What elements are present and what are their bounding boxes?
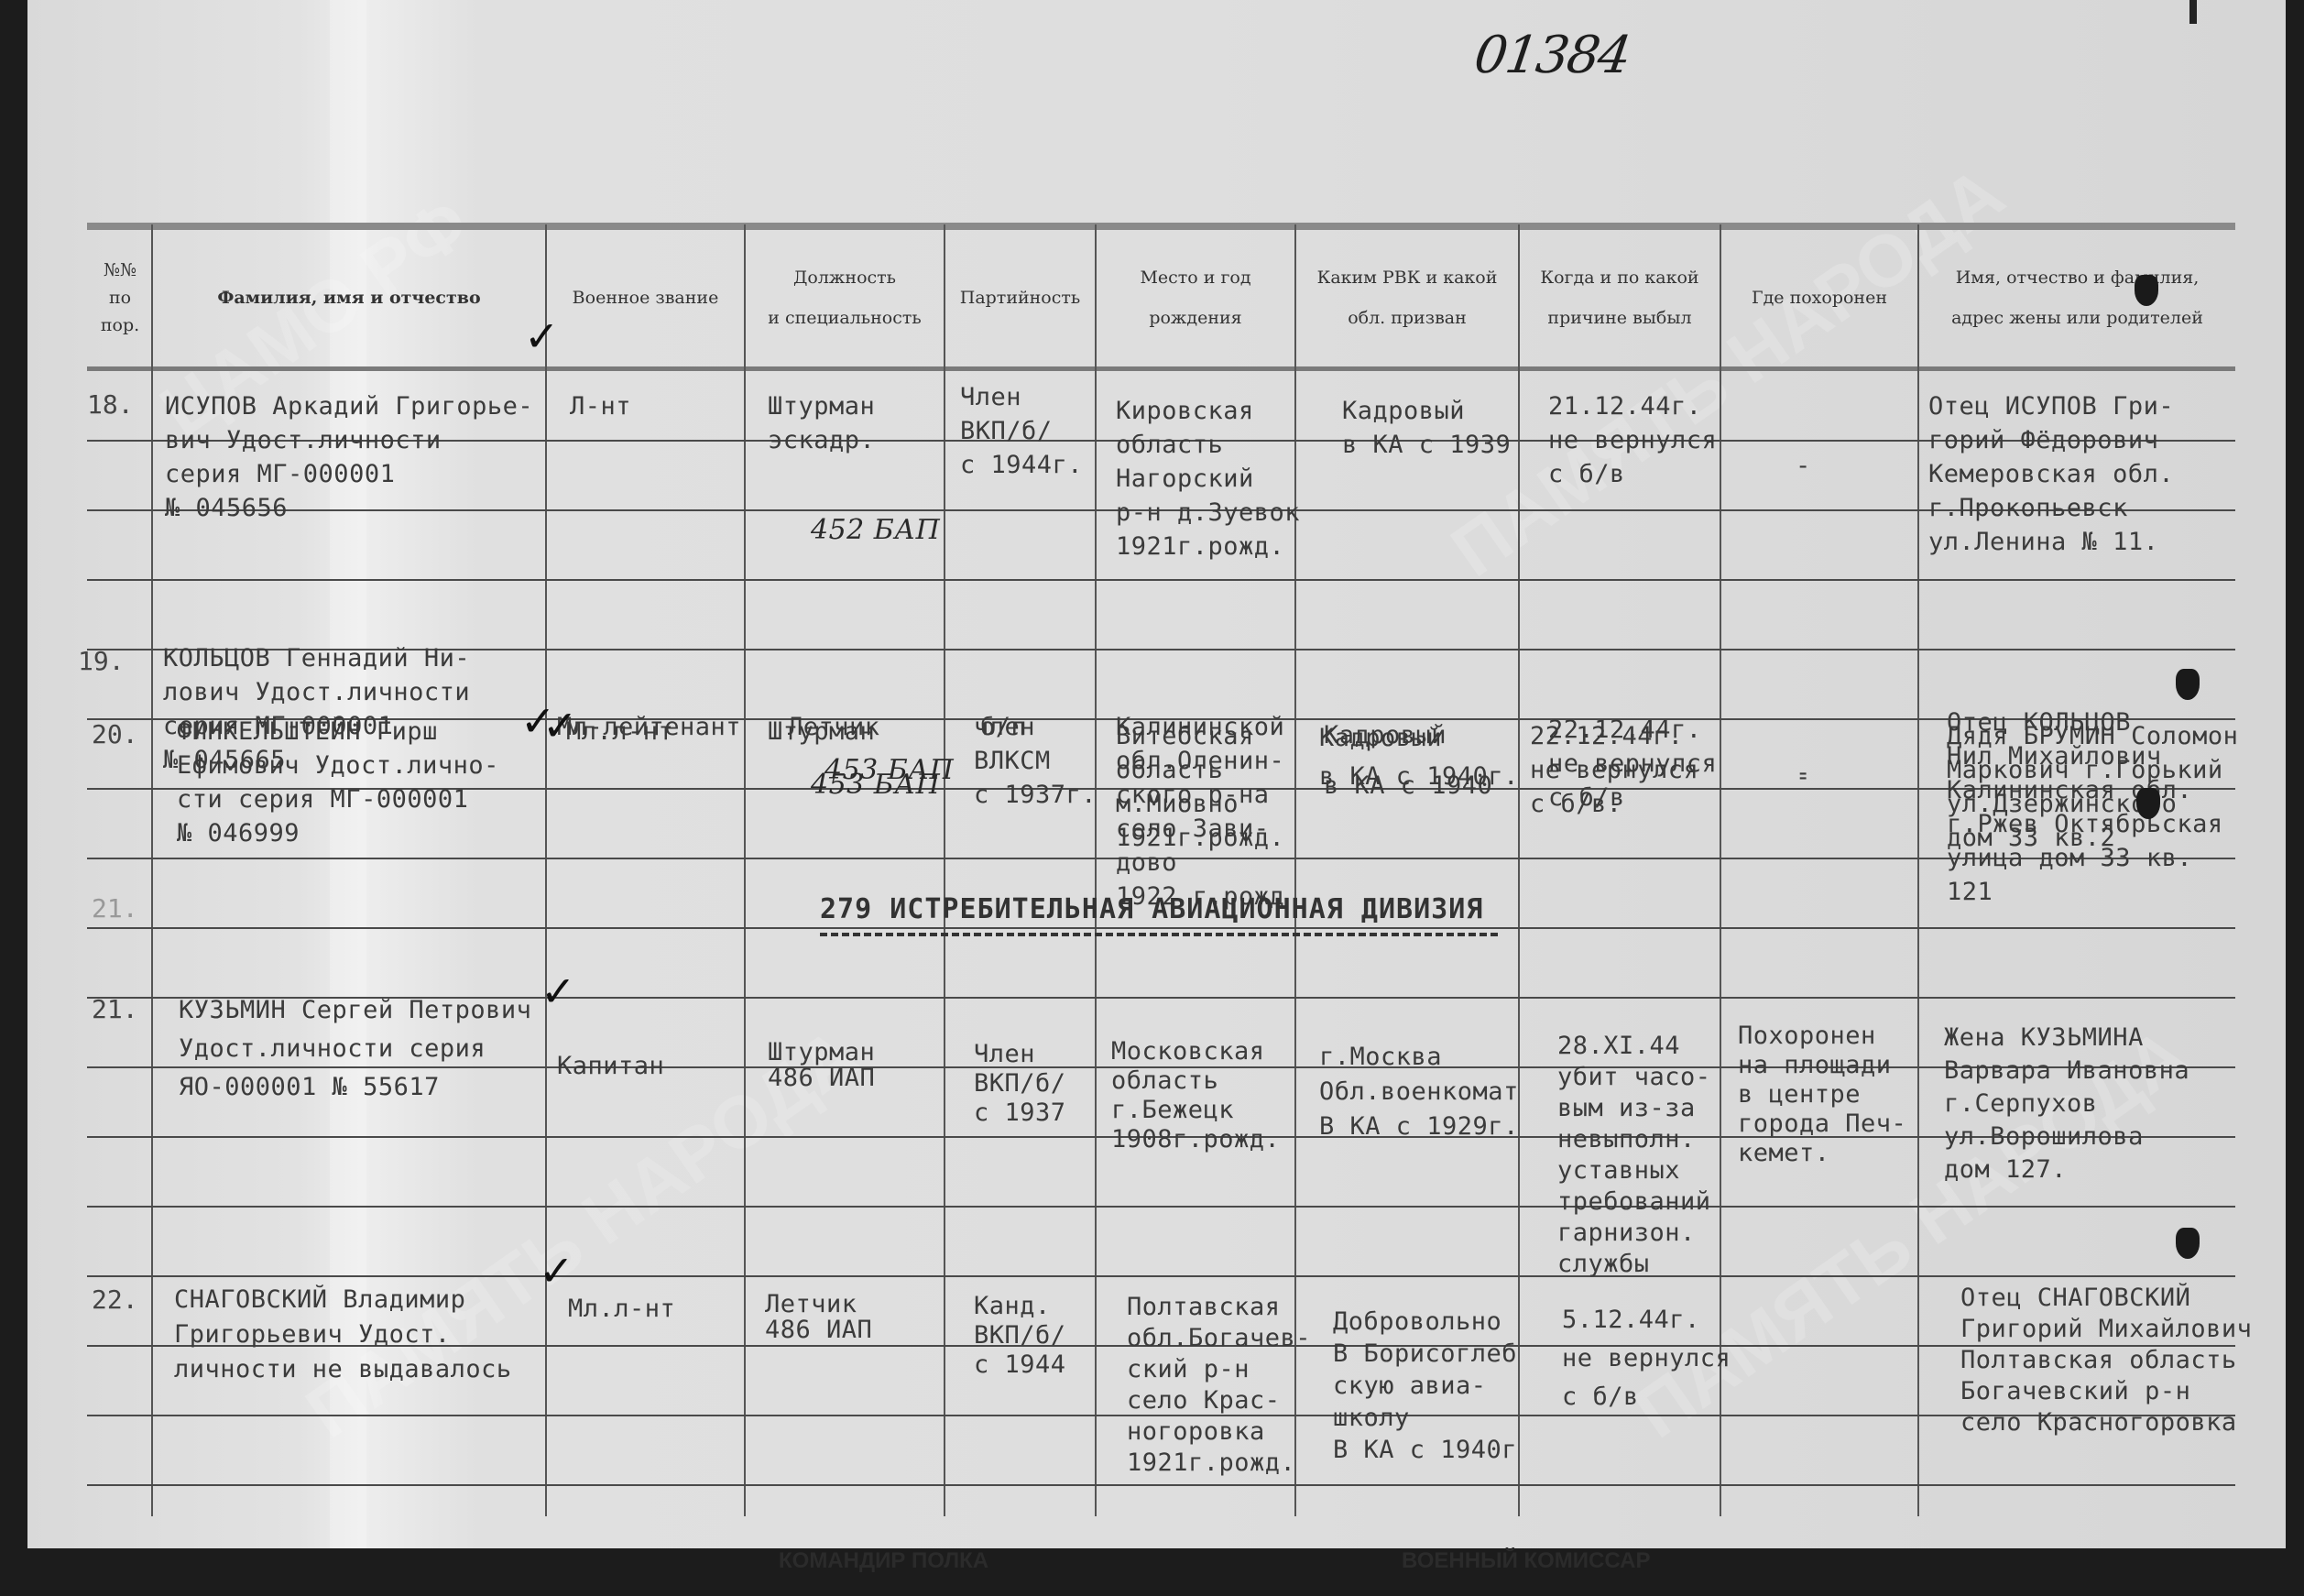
cell-rank: Мл.л-нт [568,1292,675,1326]
column-divider [151,224,153,1516]
ruled-line [87,1275,2235,1277]
ruled-line [87,1206,2235,1208]
column-divider [744,224,746,1516]
cell-buried: - [1796,449,1811,483]
cell-rank: Капитан [557,1049,664,1083]
cell-relatives: Жена КУЗЬМИНА Варвара Ивановна г.Серпухо… [1944,1022,2189,1186]
cell-name: ИСУПОВ Аркадий Григорье- вич Удост.лично… [165,389,533,525]
ruled-line [87,927,2235,929]
cell-drafted: Кадровый в КА с 1939 [1342,394,1511,462]
checkmark-icon: ✓ [539,1246,574,1295]
checkmark-icon: ✓ [524,312,560,361]
row-number: 21. [92,893,138,924]
cell-relatives: Отец СНАГОВСКИЙ Григорий Михайлович Полт… [1960,1283,2252,1438]
cell-birth: Московская область г.Бежецк 1908г.рожд. [1111,1037,1280,1154]
cell-when: 21.12.44г. не вернулся с б/в [1548,389,1717,491]
row-number: 22. [92,1284,138,1315]
paper-hole [2135,275,2158,306]
commander-signature-label: КОМАНДИР ПОЛКА [779,1548,988,1574]
col-header-relatives: Имя, отчество и фамилия, адрес жены или … [1919,229,2235,366]
col-header-name: Фамилия, имя и отчество [153,229,545,366]
checkmark-icon: ✓ [542,701,578,750]
col-header-position: Должность и специальность [746,229,944,366]
cell-when: 28.XI.44 убит часо- вым из-за невыполн. … [1557,1031,1711,1280]
cell-position: Штурман [768,715,875,749]
column-divider [545,224,547,1516]
cell-drafted: г.Москва Обл.военкомат В КА с 1929г. [1319,1040,1519,1144]
table-header-rule [87,366,2235,371]
column-divider [1917,224,1919,1516]
cell-party: Член ВКП/б/ с 1944г. [960,380,1083,482]
cell-party: Канд. ВКП/б/ с 1944 [974,1292,1066,1380]
paper-hole [2136,788,2160,819]
cell-birth: Кировская область Нагорский р-н д.Зуевок… [1116,394,1300,563]
paper-hole [2176,1228,2200,1259]
cell-name: КУЗЬМИН Сергей Петрович Удост.личности с… [179,991,531,1107]
col-header-when: Когда и по какой причине выбыл [1520,229,1720,366]
ruled-line [87,579,2235,581]
cell-when: 5.12.44г. не вернулся с б/в [1562,1301,1731,1416]
page-corner-mark [2189,0,2197,24]
archive-number: 01384 [1470,26,1632,85]
cell-relatives: Отец ИСУПОВ Гри- горий Фёдорович Кемеров… [1928,389,2174,559]
cell-party: член ВЛКСМ с 1937г. [974,710,1097,812]
col-header-drafted: Каким РВК и какой обл. призван [1296,229,1518,366]
row-number: 19. [78,646,125,676]
column-divider [944,224,945,1516]
cell-position: Штурман 486 ИАП [768,1040,875,1091]
col-header-rank: Военное звание [547,229,744,366]
checkmark-icon: ✓ [541,967,576,1016]
cell-birth: Витебская область м.Миовно 1921г.рожд. [1116,719,1284,855]
cell-buried: - [1796,756,1811,790]
commissar-signature-label: ВОЕННЫЙ КОМИССАР [1402,1548,1650,1574]
cell-position: Летчик 486 ИАП [765,1292,872,1343]
cell-position: Штурман эскадр. [768,389,875,457]
column-divider [1518,224,1520,1516]
cell-buried: Похоронен на площади в центре города Печ… [1738,1022,1906,1168]
col-header-party: Партийность [945,229,1095,366]
row-number: 20. [92,719,138,749]
cell-name: ФИНКЕЛЬШТЕЙН Гирш Ефимович Удост.лично- … [177,715,499,850]
ruled-line [87,1484,2235,1486]
cell-drafted: Кадровый в КА с 1940г. [1319,719,1519,796]
cell-party: Член ВКП/б/ с 1937 [974,1040,1066,1128]
cell-relatives: Дядя БРУМИН Соломон Маркович г.Горький у… [1947,719,2238,855]
col-header-buried: Где похоронен [1721,229,1917,366]
cell-name: СНАГОВСКИЙ Владимир Григорьевич Удост. л… [174,1283,512,1387]
col-header-num: №№ по пор. [89,229,151,366]
section-title: 279 ИСТРЕБИТЕЛЬНАЯ АВИАЦИОННАЯ ДИВИЗИЯ [820,893,1483,925]
row-number: 18. [87,389,134,420]
cell-rank: Мл.л-нт [566,715,673,749]
paper-hole [2176,669,2200,700]
row-number: 21. [92,994,138,1024]
cell-birth: Полтавская обл.Богачев- ский р-н село Кр… [1127,1292,1311,1479]
cell-position-note: 453 БАП [824,753,954,787]
cell-when: 22.12.44г. не вернулся с б/в [1548,713,1717,814]
column-divider [1095,224,1097,1516]
cell-position-note: 452 БАП [811,513,940,547]
col-header-birth: Место и год рождения [1097,229,1294,366]
section-underline [820,933,1498,936]
cell-rank: Л-нт [570,389,631,423]
cell-drafted: Добровольно В Борисоглеб скую авиа- школ… [1333,1306,1517,1466]
